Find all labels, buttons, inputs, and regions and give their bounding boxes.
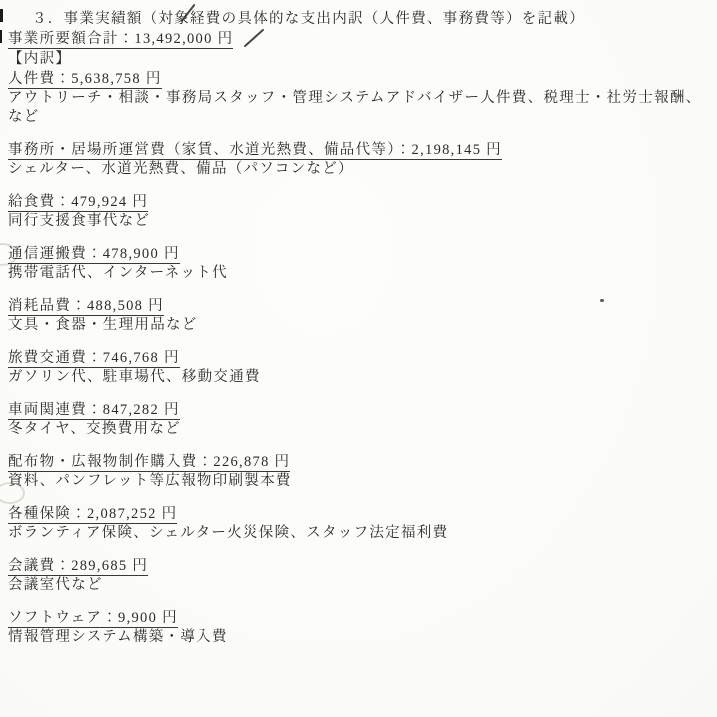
scan-edge-artifact <box>0 9 3 22</box>
expense-description: 文具・食器・生理用品など <box>8 316 710 335</box>
breakdown-label: 【内訳】 <box>8 49 710 69</box>
expense-heading-text: 配布物・広報物制作購入費：226,878 円 <box>8 454 290 472</box>
total-amount-text: 事業所要額合計：13,492,000 円 <box>8 31 233 49</box>
expense-section-meals: 給食費：479,924 円 同行支援食事代など <box>8 192 710 231</box>
expense-heading: 通信運搬費：478,900 円 <box>8 244 710 264</box>
expense-description: 同行支援食事代など <box>8 212 710 231</box>
expense-heading-text: 会議費：289,685 円 <box>8 558 148 576</box>
expense-heading: ソフトウェア：9,900 円 <box>8 608 710 628</box>
expense-description: 資料、パンフレット等広報物印刷製本費 <box>8 472 710 491</box>
expense-heading: 消耗品費：488,508 円 <box>8 296 710 316</box>
expense-heading: 旅費交通費：746,768 円 <box>8 348 710 368</box>
expense-description: ガソリン代、駐車場代、移動交通費 <box>8 368 710 387</box>
expense-description: 会議室代など <box>8 576 710 595</box>
expense-heading-text: ソフトウェア：9,900 円 <box>8 610 178 628</box>
scan-edge-artifact <box>0 30 2 43</box>
expense-heading-text: 人件費：5,638,758 円 <box>8 71 162 89</box>
expense-section-publicity-materials: 配布物・広報物制作購入費：226,878 円 資料、パンフレット等広報物印刷製本… <box>8 452 710 491</box>
document-body: ３．事業実績額（対象経費の具体的な支出内訳（人件費、事務費等）を記載） 事業所要… <box>8 9 710 660</box>
expense-heading: 会議費：289,685 円 <box>8 556 710 576</box>
expense-heading: 車両関連費：847,282 円 <box>8 400 710 420</box>
expense-section-meetings: 会議費：289,685 円 会議室代など <box>8 556 710 595</box>
total-amount-line: 事業所要額合計：13,492,000 円 <box>8 29 710 49</box>
expense-description: ボランティア保険、シェルター火災保険、スタッフ法定福利費 <box>8 524 710 543</box>
expense-heading: 配布物・広報物制作購入費：226,878 円 <box>8 452 710 472</box>
expense-heading: 各種保険：2,087,252 円 <box>8 504 710 524</box>
document-title: ３．事業実績額（対象経費の具体的な支出内訳（人件費、事務費等）を記載） <box>8 9 710 29</box>
expense-section-personnel: 人件費：5,638,758 円 アウトリーチ・相談・事務局スタッフ・管理システム… <box>8 69 710 127</box>
expense-heading-text: 消耗品費：488,508 円 <box>8 298 164 316</box>
expense-heading: 人件費：5,638,758 円 <box>8 69 710 89</box>
expense-heading-text: 旅費交通費：746,768 円 <box>8 350 180 368</box>
expense-section-office-operations: 事務所・居場所運営費（家賃、水道光熱費、備品代等）：2,198,145 円 シェ… <box>8 140 710 179</box>
expense-description: アウトリーチ・相談・事務局スタッフ・管理システムアドバイザー人件費、税理士・社労… <box>8 89 710 127</box>
expense-heading-text: 事務所・居場所運営費（家賃、水道光熱費、備品代等）：2,198,145 円 <box>8 142 502 160</box>
expense-section-software: ソフトウェア：9,900 円 情報管理システム構築・導入費 <box>8 608 710 647</box>
expense-section-vehicle: 車両関連費：847,282 円 冬タイヤ、交換費用など <box>8 400 710 439</box>
expense-description: シェルター、水道光熱費、備品（パソコンなど） <box>8 160 710 179</box>
expense-description: 携帯電話代、インターネット代 <box>8 264 710 283</box>
expense-section-communication: 通信運搬費：478,900 円 携帯電話代、インターネット代 <box>8 244 710 283</box>
expense-heading-text: 各種保険：2,087,252 円 <box>8 506 177 524</box>
scanned-document-page: ３．事業実績額（対象経費の具体的な支出内訳（人件費、事務費等）を記載） 事業所要… <box>0 0 717 717</box>
expense-heading-text: 車両関連費：847,282 円 <box>8 402 180 420</box>
expense-description: 情報管理システム構築・導入費 <box>8 628 710 647</box>
expense-heading-text: 通信運搬費：478,900 円 <box>8 246 180 264</box>
expense-heading: 事務所・居場所運営費（家賃、水道光熱費、備品代等）：2,198,145 円 <box>8 140 710 160</box>
expense-heading: 給食費：479,924 円 <box>8 192 710 212</box>
expense-section-insurance: 各種保険：2,087,252 円 ボランティア保険、シェルター火災保険、スタッフ… <box>8 504 710 543</box>
expense-section-travel: 旅費交通費：746,768 円 ガソリン代、駐車場代、移動交通費 <box>8 348 710 387</box>
expense-description: 冬タイヤ、交換費用など <box>8 420 710 439</box>
expense-heading-text: 給食費：479,924 円 <box>8 194 148 212</box>
expense-section-consumables: 消耗品費：488,508 円 文具・食器・生理用品など <box>8 296 710 335</box>
